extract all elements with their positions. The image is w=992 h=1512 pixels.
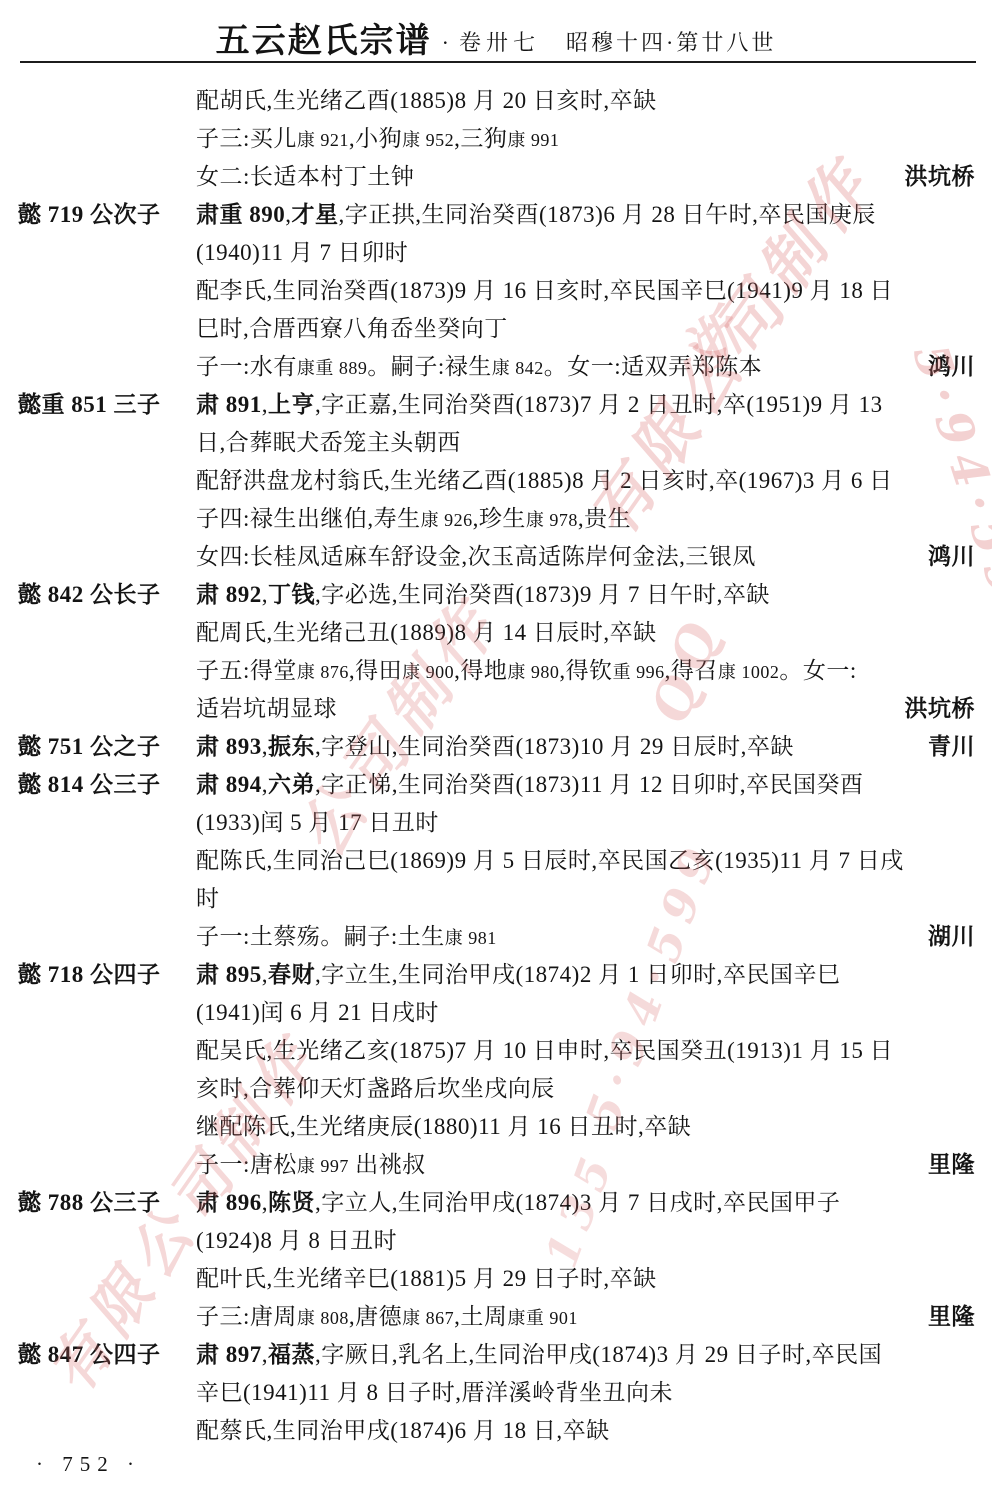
place-name: 洪坑桥 <box>893 158 976 196</box>
text-segment: 肃 892 <box>196 582 262 607</box>
place-name: 鸿川 <box>916 538 975 576</box>
place-name: 里隆 <box>916 1146 975 1184</box>
genealogy-line: 懿 719 公次子肃重 890,才星,字正拱,生同治癸酉(1873)6 月 28… <box>18 196 975 234</box>
generation-label: 懿 788 公三子 <box>18 1184 196 1222</box>
genealogy-page: 五云赵氏宗谱·卷卅七昭穆十四·第廿八世 配胡氏,生光绪乙酉(1885)8 月 2… <box>0 0 992 1512</box>
text-segment: 春财 <box>268 962 315 987</box>
line-text: 配叶氏,生光绪辛巳(1881)5 月 29 日子时,卒缺 <box>196 1260 657 1298</box>
line-text: 配吴氏,生光绪乙亥(1875)7 月 10 日申时,卒民国癸丑(1913)1 月… <box>196 1032 893 1070</box>
genealogy-line: 继配陈氏,生光绪庚辰(1880)11 月 16 日丑时,卒缺 <box>18 1108 975 1146</box>
genealogy-line: 子一:水有康重 889。嗣子:禄生康 842。女一:适双弄郑陈本鸿川 <box>18 348 975 386</box>
genealogy-line: 懿 814 公三子肃 894,六弟,字正悌,生同治癸酉(1873)11 月 12… <box>18 766 975 804</box>
text-segment: 康 876 <box>297 662 349 682</box>
line-text: 配舒洪盘龙村翁氏,生光绪乙酉(1885)8 月 2 日亥时,卒(1967)3 月… <box>196 462 893 500</box>
text-segment: 配周氏,生光绪己丑(1889)8 月 14 日辰时,卒缺 <box>196 620 657 645</box>
text-segment: ,字登山,生同治癸酉(1873)10 月 29 日辰时,卒缺 <box>315 734 794 759</box>
place-name: 鸿川 <box>916 348 975 386</box>
text-segment: 肃 897 <box>196 1342 262 1367</box>
text-segment: ,珍生 <box>473 506 526 531</box>
line-text: 肃重 890,才星,字正拱,生同治癸酉(1873)6 月 28 日午时,卒民国庚… <box>196 196 876 234</box>
line-text: 日,合葬眠犬岙笼主头朝西 <box>196 424 461 462</box>
line-text: 配周氏,生光绪己丑(1889)8 月 14 日辰时,卒缺 <box>196 614 657 652</box>
text-segment: 康 867 <box>402 1308 454 1328</box>
genealogy-line: 子三:买儿康 921,小狗康 952,三狗康 991 <box>18 120 975 158</box>
genealogy-line: 配蔡氏,生同治甲戌(1874)6 月 18 日,卒缺 <box>18 1412 975 1450</box>
genealogy-line: 子三:唐周康 808,唐德康 867,土周康重 901里隆 <box>18 1298 975 1336</box>
line-text: 配胡氏,生光绪乙酉(1885)8 月 20 日亥时,卒缺 <box>196 82 657 120</box>
genealogy-line: 配吴氏,生光绪乙亥(1875)7 月 10 日申时,卒民国癸丑(1913)1 月… <box>18 1032 975 1070</box>
line-text: 子一:土蔡殇。嗣子:土生康 981 <box>196 918 497 957</box>
genealogy-line: 子五:得堂康 876,得田康 900,得地康 980,得钦重 996,得召康 1… <box>18 652 975 690</box>
text-segment: 肃重 890 <box>196 202 285 227</box>
text-segment: ,字正悌,生同治癸酉(1873)11 月 12 日卯时,卒民国癸酉 <box>315 772 863 797</box>
text-segment: ,唐德 <box>349 1304 402 1329</box>
line-text: (1933)闰 5 月 17 日丑时 <box>196 804 439 842</box>
place-name: 青川 <box>916 728 975 766</box>
text-segment: 。女一:适双弄郑陈本 <box>544 354 762 379</box>
volume-label: 卷卅七 <box>459 30 540 55</box>
genealogy-line: 懿 842 公长子肃 892,丁钱,字必选,生同治癸酉(1873)9 月 7 日… <box>18 576 975 614</box>
text-segment: 陈贤 <box>268 1190 315 1215</box>
line-text: 继配陈氏,生光绪庚辰(1880)11 月 16 日丑时,卒缺 <box>196 1108 691 1146</box>
genealogy-line: 子一:土蔡殇。嗣子:土生康 981湖川 <box>18 918 975 956</box>
text-segment: 康重 889 <box>297 358 368 378</box>
genealogy-line: 日,合葬眠犬岙笼主头朝西 <box>18 424 975 462</box>
genealogy-line: 子一:唐松康 997 出祧叔里隆 <box>18 1146 975 1184</box>
text-segment: 康重 901 <box>507 1308 578 1328</box>
genealogy-line: 配周氏,生光绪己丑(1889)8 月 14 日辰时,卒缺 <box>18 614 975 652</box>
text-segment: 配陈氏,生同治己巳(1869)9 月 5 日辰时,卒民国乙亥(1935)11 月… <box>196 848 904 873</box>
line-text: (1941)闰 6 月 21 日戌时 <box>196 994 439 1032</box>
title-separator-dot: · <box>442 30 449 55</box>
genealogy-line: 适岩坑胡显球洪坑桥 <box>18 690 975 728</box>
generation-label: 懿 842 公长子 <box>18 576 196 614</box>
genealogy-line: 子四:禄生出继伯,寿生康 926,珍生康 978,贵生 <box>18 500 975 538</box>
header-divider-rule <box>20 61 976 63</box>
genealogy-line: 配叶氏,生光绪辛巳(1881)5 月 29 日子时,卒缺 <box>18 1260 975 1298</box>
text-segment: (1940)11 月 7 日卯时 <box>196 240 408 265</box>
text-segment: 康 991 <box>507 130 559 150</box>
genealogy-line: 配舒洪盘龙村翁氏,生光绪乙酉(1885)8 月 2 日亥时,卒(1967)3 月… <box>18 462 975 500</box>
text-segment: (1941)闰 6 月 21 日戌时 <box>196 1000 439 1025</box>
line-text: 适岩坑胡显球 <box>196 690 337 728</box>
text-segment: 适岩坑胡显球 <box>196 696 337 721</box>
line-text: 肃 891,上亨,字正嘉,生同治癸酉(1873)7 月 2 日丑时,卒(1951… <box>196 386 883 424</box>
line-text: 女四:长桂凤适麻车舒设金,次玉高适陈岸何金法,三银凤 <box>196 538 756 576</box>
genealogy-line: (1940)11 月 7 日卯时 <box>18 234 975 272</box>
text-segment: 六弟 <box>268 772 315 797</box>
line-text: 女二:长适本村丁土钟 <box>196 158 414 196</box>
text-segment: ,字厥日,乳名上,生同治甲戌(1874)3 月 29 日子时,卒民国 <box>315 1342 882 1367</box>
text-segment: 才星 <box>292 202 339 227</box>
generation-label: 懿 847 公四子 <box>18 1336 196 1374</box>
text-segment: 配蔡氏,生同治甲戌(1874)6 月 18 日,卒缺 <box>196 1418 610 1443</box>
text-segment: 出祧叔 <box>349 1152 426 1177</box>
line-text: 配蔡氏,生同治甲戌(1874)6 月 18 日,卒缺 <box>196 1412 610 1450</box>
genealogy-line: 辛巳(1941)11 月 8 日子时,厝洋溪岭背坐丑向未 <box>18 1374 975 1412</box>
genealogy-line: (1933)闰 5 月 17 日丑时 <box>18 804 975 842</box>
text-segment: 辛巳(1941)11 月 8 日子时,厝洋溪岭背坐丑向未 <box>196 1380 673 1405</box>
text-segment: 子三:买儿 <box>196 126 297 151</box>
text-segment: 配叶氏,生光绪辛巳(1881)5 月 29 日子时,卒缺 <box>196 1266 657 1291</box>
text-segment: 子一:土蔡殇。嗣子:土生 <box>196 924 445 949</box>
text-segment: ,三狗 <box>454 126 507 151</box>
line-text: 肃 897,福蒸,字厥日,乳名上,生同治甲戌(1874)3 月 29 日子时,卒… <box>196 1336 882 1374</box>
text-segment: 肃 896 <box>196 1190 262 1215</box>
generation-section-label: 昭穆十四·第廿八世 <box>566 30 776 55</box>
genealogy-line: 配陈氏,生同治己巳(1869)9 月 5 日辰时,卒民国乙亥(1935)11 月… <box>18 842 975 880</box>
page-number: · 752 · <box>36 1452 141 1477</box>
line-text: 子一:唐松康 997 出祧叔 <box>196 1146 426 1185</box>
line-text: 子五:得堂康 876,得田康 900,得地康 980,得钦重 996,得召康 1… <box>196 652 857 691</box>
text-segment: 子五:得堂 <box>196 658 297 683</box>
text-segment: 子一:唐松 <box>196 1152 297 1177</box>
line-text: 巳时,合厝西寮八角岙坐癸向丁 <box>196 310 508 348</box>
text-segment: 女四:长桂凤适麻车舒设金,次玉高适陈岸何金法,三银凤 <box>196 544 756 569</box>
line-text: 配陈氏,生同治己巳(1869)9 月 5 日辰时,卒民国乙亥(1935)11 月… <box>196 842 904 880</box>
text-segment: 肃 893 <box>196 734 262 759</box>
line-text: 亥时,合葬仰天灯盏路后坎坐戌向辰 <box>196 1070 555 1108</box>
line-text: 肃 892,丁钱,字必选,生同治癸酉(1873)9 月 7 日午时,卒缺 <box>196 576 770 614</box>
genealogy-line: 时 <box>18 880 975 918</box>
text-segment: 子三:唐周 <box>196 1304 297 1329</box>
text-segment: (1933)闰 5 月 17 日丑时 <box>196 810 439 835</box>
place-name: 湖川 <box>916 918 975 956</box>
genealogy-body: 配胡氏,生光绪乙酉(1885)8 月 20 日亥时,卒缺子三:买儿康 921,小… <box>18 82 975 1450</box>
place-name: 里隆 <box>916 1298 975 1336</box>
text-segment: 振东 <box>268 734 315 759</box>
genealogy-line: 巳时,合厝西寮八角岙坐癸向丁 <box>18 310 975 348</box>
text-segment: 康 900 <box>402 662 454 682</box>
text-segment: 丁钱 <box>268 582 315 607</box>
text-segment: 康 981 <box>445 928 497 948</box>
text-segment: 上亨 <box>268 392 315 417</box>
line-text: 肃 896,陈贤,字立人,生同治甲戌(1874)3 月 7 日戌时,卒民国甲子 <box>196 1184 840 1222</box>
text-segment: 福蒸 <box>268 1342 315 1367</box>
line-text: 子一:水有康重 889。嗣子:禄生康 842。女一:适双弄郑陈本 <box>196 348 762 387</box>
text-segment: 配吴氏,生光绪乙亥(1875)7 月 10 日申时,卒民国癸丑(1913)1 月… <box>196 1038 893 1063</box>
text-segment: ,得召 <box>665 658 718 683</box>
text-segment: 。嗣子:禄生 <box>367 354 491 379</box>
text-segment: 肃 895 <box>196 962 262 987</box>
text-segment: ,小狗 <box>349 126 402 151</box>
text-segment: 配胡氏,生光绪乙酉(1885)8 月 20 日亥时,卒缺 <box>196 88 657 113</box>
line-text: 肃 893,振东,字登山,生同治癸酉(1873)10 月 29 日辰时,卒缺 <box>196 728 794 766</box>
generation-label: 懿重 851 三子 <box>18 386 196 424</box>
genealogy-line: 懿重 851 三子肃 891,上亨,字正嘉,生同治癸酉(1873)7 月 2 日… <box>18 386 975 424</box>
genealogy-line: 配李氏,生同治癸酉(1873)9 月 16 日亥时,卒民国辛巳(1941)9 月… <box>18 272 975 310</box>
line-text: 辛巳(1941)11 月 8 日子时,厝洋溪岭背坐丑向未 <box>196 1374 673 1412</box>
line-text: 肃 894,六弟,字正悌,生同治癸酉(1873)11 月 12 日卯时,卒民国癸… <box>196 766 863 804</box>
text-segment: 。女一: <box>779 658 856 683</box>
text-segment: 康 926 <box>421 510 473 530</box>
text-segment: ,字立生,生同治甲戌(1874)2 月 1 日卯时,卒民国辛巳 <box>315 962 840 987</box>
text-segment: 康 952 <box>402 130 454 150</box>
text-segment: 配李氏,生同治癸酉(1873)9 月 16 日亥时,卒民国辛巳(1941)9 月… <box>196 278 893 303</box>
line-text: (1924)8 月 8 日丑时 <box>196 1222 397 1260</box>
text-segment: 康 978 <box>526 510 578 530</box>
genealogy-line: 女二:长适本村丁土钟洪坑桥 <box>18 158 975 196</box>
text-segment: ,土周 <box>454 1304 507 1329</box>
text-segment: 康 842 <box>492 358 544 378</box>
text-segment: ,字立人,生同治甲戌(1874)3 月 7 日戌时,卒民国甲子 <box>315 1190 840 1215</box>
line-text: 配李氏,生同治癸酉(1873)9 月 16 日亥时,卒民国辛巳(1941)9 月… <box>196 272 893 310</box>
text-segment: 重 996 <box>613 662 665 682</box>
generation-label: 懿 751 公之子 <box>18 728 196 766</box>
genealogy-line: (1941)闰 6 月 21 日戌时 <box>18 994 975 1032</box>
text-segment: 子四:禄生出继伯,寿生 <box>196 506 421 531</box>
place-name: 洪坑桥 <box>893 690 976 728</box>
text-segment: 肃 894 <box>196 772 262 797</box>
text-segment: 配舒洪盘龙村翁氏,生光绪乙酉(1885)8 月 2 日亥时,卒(1967)3 月… <box>196 468 893 493</box>
text-segment: ,得田 <box>349 658 402 683</box>
line-text: 时 <box>196 880 220 918</box>
genealogy-line: 懿 847 公四子肃 897,福蒸,字厥日,乳名上,生同治甲戌(1874)3 月… <box>18 1336 975 1374</box>
text-segment: ,字必选,生同治癸酉(1873)9 月 7 日午时,卒缺 <box>315 582 770 607</box>
text-segment: 亥时,合葬仰天灯盏路后坎坐戌向辰 <box>196 1076 555 1101</box>
text-segment: 女二:长适本村丁土钟 <box>196 164 414 189</box>
text-segment: 康 921 <box>297 130 349 150</box>
text-segment: (1924)8 月 8 日丑时 <box>196 1228 397 1253</box>
genealogy-line: 女四:长桂凤适麻车舒设金,次玉高适陈岸何金法,三银凤鸿川 <box>18 538 975 576</box>
genealogy-line: 懿 751 公之子肃 893,振东,字登山,生同治癸酉(1873)10 月 29… <box>18 728 975 766</box>
text-segment: ,得钦 <box>559 658 612 683</box>
text-segment: ,字正嘉,生同治癸酉(1873)7 月 2 日丑时,卒(1951)9 月 13 <box>315 392 883 417</box>
text-segment: ,字正拱,生同治癸酉(1873)6 月 28 日午时,卒民国庚辰 <box>339 202 876 227</box>
line-text: 子三:唐周康 808,唐德康 867,土周康重 901 <box>196 1298 578 1337</box>
text-segment: ,得地 <box>454 658 507 683</box>
text-segment: 肃 891 <box>196 392 262 417</box>
generation-label: 懿 718 公四子 <box>18 956 196 994</box>
text-segment: 康 980 <box>507 662 559 682</box>
book-title: 五云赵氏宗谱 <box>216 23 432 60</box>
generation-label: 懿 719 公次子 <box>18 196 196 234</box>
text-segment: 康 1002 <box>718 662 780 682</box>
line-text: (1940)11 月 7 日卯时 <box>196 234 408 272</box>
genealogy-line: (1924)8 月 8 日丑时 <box>18 1222 975 1260</box>
genealogy-line: 配胡氏,生光绪乙酉(1885)8 月 20 日亥时,卒缺 <box>18 82 975 120</box>
genealogy-line: 亥时,合葬仰天灯盏路后坎坐戌向辰 <box>18 1070 975 1108</box>
page-header: 五云赵氏宗谱·卷卅七昭穆十四·第廿八世 <box>0 13 992 62</box>
text-segment: 子一:水有 <box>196 354 297 379</box>
line-text: 子三:买儿康 921,小狗康 952,三狗康 991 <box>196 120 559 159</box>
text-segment: 日,合葬眠犬岙笼主头朝西 <box>196 430 461 455</box>
text-segment: 巳时,合厝西寮八角岙坐癸向丁 <box>196 316 508 341</box>
genealogy-line: 懿 718 公四子肃 895,春财,字立生,生同治甲戌(1874)2 月 1 日… <box>18 956 975 994</box>
line-text: 肃 895,春财,字立生,生同治甲戌(1874)2 月 1 日卯时,卒民国辛巳 <box>196 956 840 994</box>
generation-label: 懿 814 公三子 <box>18 766 196 804</box>
genealogy-line: 懿 788 公三子肃 896,陈贤,字立人,生同治甲戌(1874)3 月 7 日… <box>18 1184 975 1222</box>
text-segment: 时 <box>196 886 220 911</box>
line-text: 子四:禄生出继伯,寿生康 926,珍生康 978,贵生 <box>196 500 631 539</box>
text-segment: 康 997 <box>297 1156 349 1176</box>
text-segment: 康 808 <box>297 1308 349 1328</box>
text-segment: ,贵生 <box>578 506 631 531</box>
text-segment: 继配陈氏,生光绪庚辰(1880)11 月 16 日丑时,卒缺 <box>196 1114 691 1139</box>
